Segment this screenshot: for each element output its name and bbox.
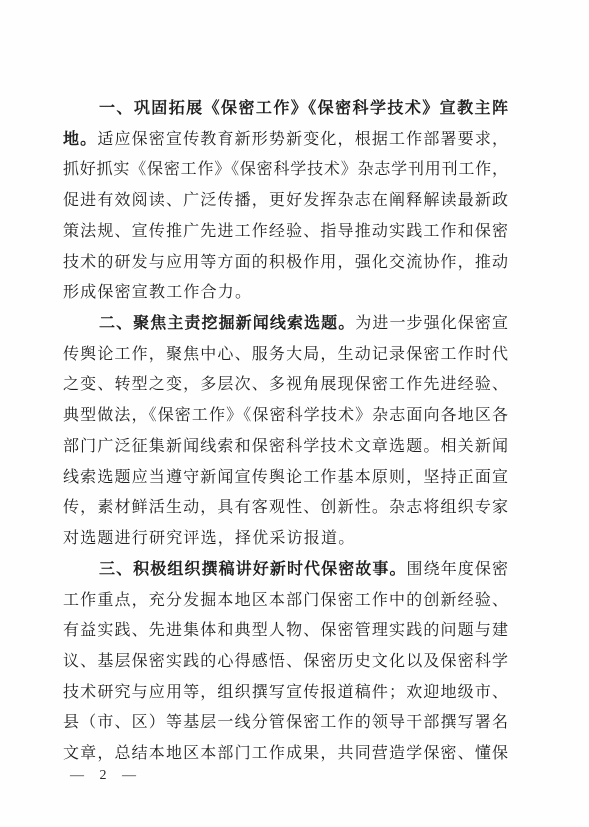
paragraph-body-text: 对选题进行研究评选，择优采访报道。 (63, 530, 355, 547)
page-number: — 2 — (70, 766, 138, 786)
text-line: 传舆论工作，聚焦中心、服务大局，生动记录保密工作时代 (63, 340, 508, 371)
paragraph-body-text: 文章，总结本地区本部门工作成果，共同营造学保密、懂保 (63, 745, 508, 762)
paragraph-body-text: 传，素材鲜活生动，具有客观性、创新性。杂志将组织专家 (63, 499, 508, 516)
text-line: 部门广泛征集新闻线索和保密科学技术文章选题。相关新闻 (63, 432, 508, 463)
paragraph-heading-text: 二、聚焦主责挖掘新闻线索选题。 (99, 315, 355, 332)
text-line: 三、积极组织撰稿讲好新时代保密故事。围绕年度保密 (63, 555, 508, 586)
paragraph-body-text: 围绕年度保密 (407, 561, 508, 578)
text-line: 技术研究与应用等，组织撰写宣传报道稿件；欢迎地级市、 (63, 678, 508, 709)
text-line: 策法规、宣传推广先进工作经验、指导推动实践工作和保密 (63, 217, 508, 248)
document-body: 一、巩固拓展《保密工作》《保密科学技术》宣教主阵地。适应保密宣传教育新形势新变化… (63, 94, 508, 770)
text-line: 地。适应保密宣传教育新形势新变化，根据工作部署要求， (63, 125, 508, 156)
paragraph-body-text: 促进有效阅读、广泛传播，更好发挥杂志在阐释解读最新政 (63, 192, 508, 209)
text-line: 议、基层保密实践的心得感悟、保密历史文化以及保密科学 (63, 647, 508, 678)
paragraph-body-text: 有益实践、先进集体和典型人物、保密管理实践的问题与建 (63, 622, 508, 639)
paragraph-body-text: 工作重点，充分发掘本地区本部门保密工作中的创新经验、 (63, 592, 508, 609)
paragraph-heading-text: 地。 (63, 131, 97, 148)
paragraph-body-text: 部门广泛征集新闻线索和保密科学技术文章选题。相关新闻 (63, 438, 508, 455)
paragraph-body-text: 技术研究与应用等，组织撰写宣传报道稿件；欢迎地级市、 (63, 684, 508, 701)
document-page: 一、巩固拓展《保密工作》《保密科学技术》宣教主阵地。适应保密宣传教育新形势新变化… (0, 0, 589, 827)
text-line: 促进有效阅读、广泛传播，更好发挥杂志在阐释解读最新政 (63, 186, 508, 217)
paragraph-heading-text: 一、巩固拓展《保密工作》《保密科学技术》宣教主阵 (99, 100, 508, 117)
paragraph-body-text: 典型做法，《保密工作》《保密科学技术》杂志面向各地区各 (63, 407, 508, 424)
paragraph-body-text: 县（市、区）等基层一线分管保密工作的领导干部撰写署名 (63, 714, 508, 731)
paragraph-body-text: 为进一步强化保密宣 (355, 315, 508, 332)
text-line: 技术的研发与应用等方面的积极作用，强化交流协作，推动 (63, 248, 508, 279)
paragraph-body-text: 形成保密宣教工作合力。 (63, 284, 252, 301)
text-line: 二、聚焦主责挖掘新闻线索选题。为进一步强化保密宣 (63, 309, 508, 340)
text-line: 形成保密宣教工作合力。 (63, 278, 508, 309)
paragraph-body-text: 线索选题应当遵守新闻宣传舆论工作基本原则，坚持正面宣 (63, 469, 508, 486)
text-line: 线索选题应当遵守新闻宣传舆论工作基本原则，坚持正面宣 (63, 463, 508, 494)
paragraph-body-text: 技术的研发与应用等方面的积极作用，强化交流协作，推动 (63, 254, 508, 271)
paragraph-body-text: 议、基层保密实践的心得感悟、保密历史文化以及保密科学 (63, 653, 508, 670)
text-line: 有益实践、先进集体和典型人物、保密管理实践的问题与建 (63, 616, 508, 647)
paragraph-body-text: 传舆论工作，聚焦中心、服务大局，生动记录保密工作时代 (63, 346, 508, 363)
text-line: 工作重点，充分发掘本地区本部门保密工作中的创新经验、 (63, 586, 508, 617)
text-line: 县（市、区）等基层一线分管保密工作的领导干部撰写署名 (63, 708, 508, 739)
paragraph-body-text: 适应保密宣传教育新形势新变化，根据工作部署要求， (97, 131, 508, 148)
text-line: 之变、转型之变，多层次、多视角展现保密工作先进经验、 (63, 370, 508, 401)
text-line: 传，素材鲜活生动，具有客观性、创新性。杂志将组织专家 (63, 493, 508, 524)
text-line: 典型做法，《保密工作》《保密科学技术》杂志面向各地区各 (63, 401, 508, 432)
paragraph-body-text: 抓好抓实《保密工作》《保密科学技术》杂志学刊用刊工作， (63, 161, 508, 178)
text-line: 一、巩固拓展《保密工作》《保密科学技术》宣教主阵 (63, 94, 508, 125)
paragraph-body-text: 之变、转型之变，多层次、多视角展现保密工作先进经验、 (63, 376, 508, 393)
text-line: 抓好抓实《保密工作》《保密科学技术》杂志学刊用刊工作， (63, 155, 508, 186)
paragraph-heading-text: 三、积极组织撰稿讲好新时代保密故事。 (99, 561, 407, 578)
text-line: 对选题进行研究评选，择优采访报道。 (63, 524, 508, 555)
paragraph-body-text: 策法规、宣传推广先进工作经验、指导推动实践工作和保密 (63, 223, 508, 240)
